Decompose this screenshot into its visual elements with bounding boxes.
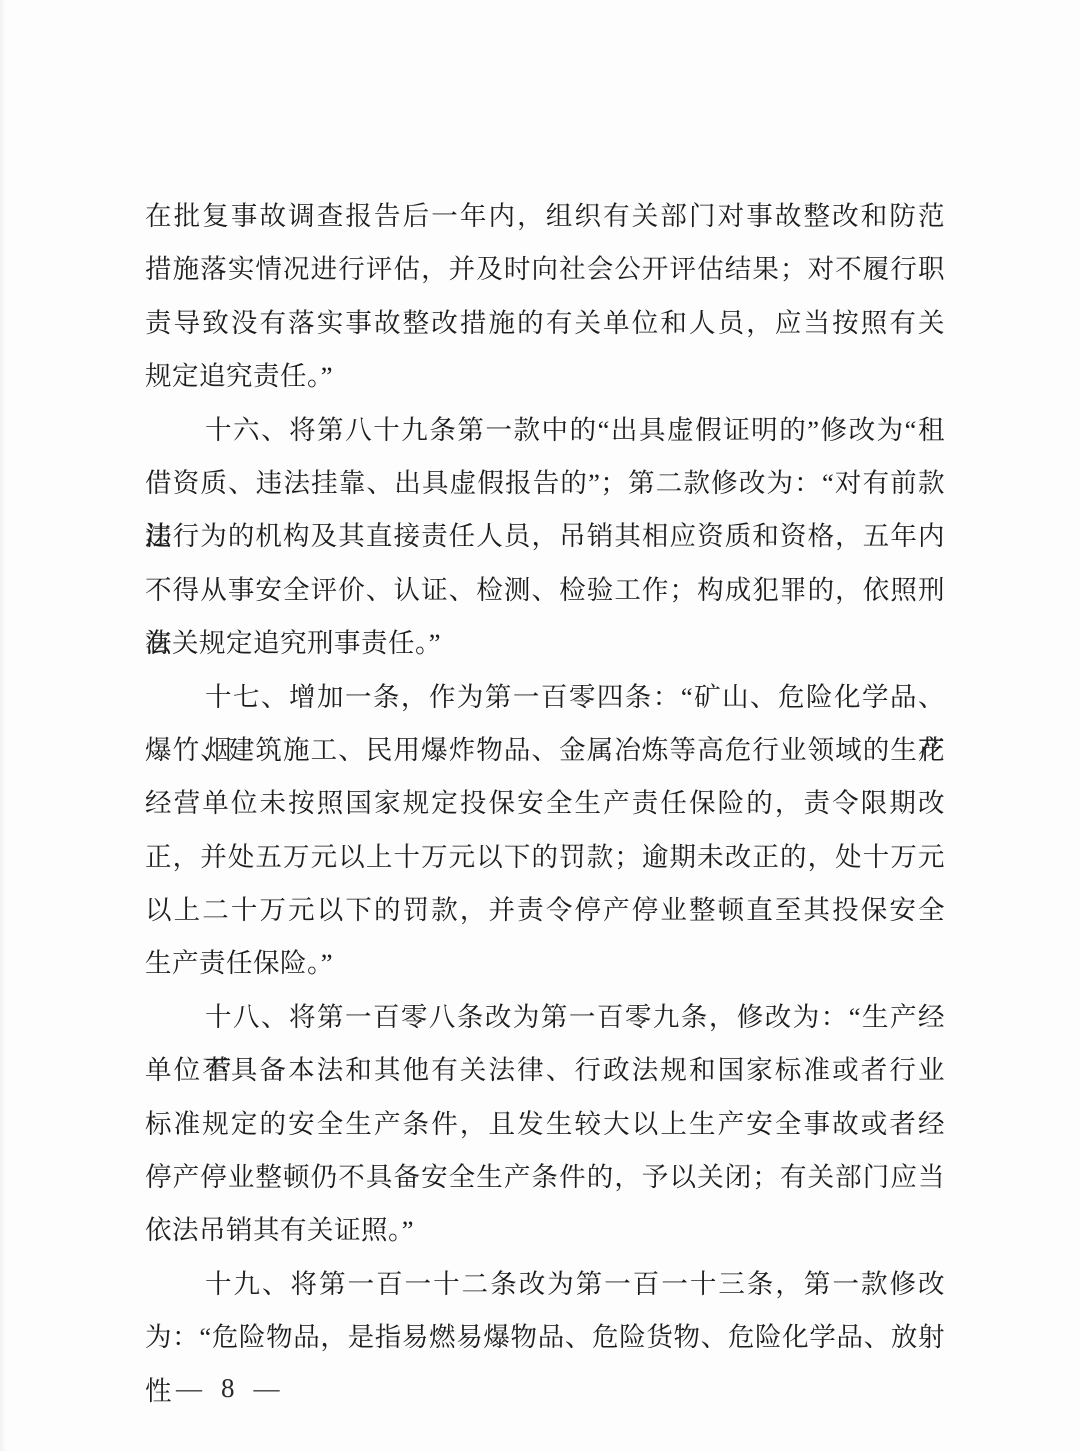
paragraph: 十六、将第八十九条第一款中的“出具虚假证明的”修改为“租借资质、违法挂靠、出具虚… xyxy=(145,404,945,671)
page-footer: —8— xyxy=(176,1368,281,1408)
paragraph: 十九、将第一百一十二条改为第一百一十三条，第一款修改为：“危险物品，是指易燃易爆… xyxy=(145,1258,945,1365)
text-line: 有关规定追究刑事责任。” xyxy=(145,617,945,670)
text-line: 爆竹、建筑施工、民用爆炸物品、金属冶炼等高危行业领域的生产 xyxy=(145,724,945,777)
text-line: 借资质、违法挂靠、出具虚假报告的”；第二款修改为：“对有前款违 xyxy=(145,457,945,510)
document-text-block: 在批复事故调查报告后一年内，组织有关部门对事故整改和防范措施落实情况进行评估，并… xyxy=(145,190,945,1365)
text-line: 经营单位未按照国家规定投保安全生产责任保险的，责令限期改 xyxy=(145,777,945,830)
text-line: 标准规定的安全生产条件，且发生较大以上生产安全事故或者经 xyxy=(145,1098,945,1151)
text-line: 正，并处五万元以上十万元以下的罚款；逾期未改正的，处十万元 xyxy=(145,831,945,884)
text-line: 依法吊销其有关证照。” xyxy=(145,1204,945,1257)
document-page: 在批复事故调查报告后一年内，组织有关部门对事故整改和防范措施落实情况进行评估，并… xyxy=(0,0,1080,1451)
text-line: 规定追究责任。” xyxy=(145,350,945,403)
text-line: 以上二十万元以下的罚款，并责令停产停业整顿直至其投保安全 xyxy=(145,884,945,937)
text-line: 十七、增加一条，作为第一百零四条：“矿山、危险化学品、烟花 xyxy=(145,671,945,724)
text-line: 停产停业整顿仍不具备安全生产条件的，予以关闭；有关部门应当 xyxy=(145,1151,945,1204)
text-line: 不得从事安全评价、认证、检测、检验工作；构成犯罪的，依照刑法 xyxy=(145,564,945,617)
text-line: 责导致没有落实事故整改措施的有关单位和人员，应当按照有关 xyxy=(145,297,945,350)
text-line: 十六、将第八十九条第一款中的“出具虚假证明的”修改为“租 xyxy=(145,404,945,457)
text-line: 在批复事故调查报告后一年内，组织有关部门对事故整改和防范 xyxy=(145,190,945,243)
paragraph: 在批复事故调查报告后一年内，组织有关部门对事故整改和防范措施落实情况进行评估，并… xyxy=(145,190,945,404)
text-line: 十八、将第一百零八条改为第一百零九条，修改为：“生产经营 xyxy=(145,991,945,1044)
footer-dash-right: — xyxy=(254,1374,281,1403)
paragraph: 十七、增加一条，作为第一百零四条：“矿山、危险化学品、烟花爆竹、建筑施工、民用爆… xyxy=(145,671,945,991)
footer-dash-left: — xyxy=(176,1374,203,1403)
paragraph: 十八、将第一百零八条改为第一百零九条，修改为：“生产经营单位不具备本法和其他有关… xyxy=(145,991,945,1258)
text-line: 措施落实情况进行评估，并及时向社会公开评估结果；对不履行职 xyxy=(145,243,945,296)
text-line: 单位不具备本法和其他有关法律、行政法规和国家标准或者行业 xyxy=(145,1044,945,1097)
text-line: 为：“危险物品，是指易燃易爆物品、危险货物、危险化学品、放射性 xyxy=(145,1311,945,1364)
text-line: 十九、将第一百一十二条改为第一百一十三条，第一款修改 xyxy=(145,1258,945,1311)
text-line: 生产责任保险。” xyxy=(145,937,945,990)
text-line: 法行为的机构及其直接责任人员，吊销其相应资质和资格，五年内 xyxy=(145,510,945,563)
page-number: 8 xyxy=(221,1368,236,1408)
